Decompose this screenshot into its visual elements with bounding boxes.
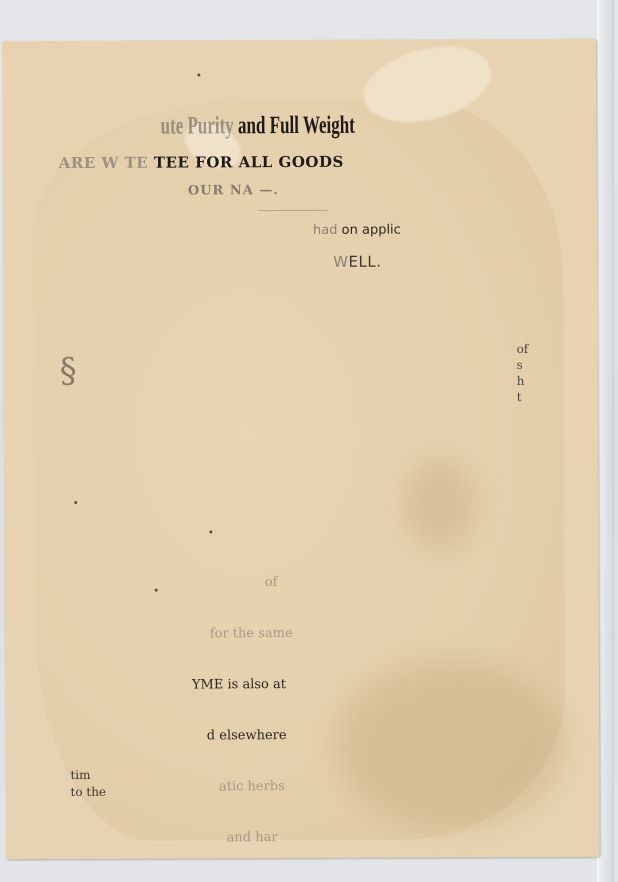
fragment: to the: [70, 784, 106, 801]
application-line: had on applic: [313, 223, 401, 238]
guarantee-faded: ARE W: [59, 154, 119, 172]
middle-line: and har: [211, 829, 294, 846]
headline: ute Purity and Full Weight: [161, 112, 355, 141]
middle-line: of: [210, 574, 293, 591]
bottom-text-fragments: timto the: [70, 767, 106, 801]
middle-line: atic herbs: [210, 778, 293, 795]
water-stain: [335, 659, 566, 830]
water-stain: [404, 459, 474, 549]
application-faded: had: [313, 223, 342, 238]
paper-speck: [197, 73, 200, 76]
middle-text-block: of for the same YME is also at d elsewhe…: [209, 540, 293, 859]
guarantee-faded-mid: TE: [119, 154, 154, 172]
fragment: t: [517, 389, 529, 405]
fragment: h: [517, 373, 529, 389]
guarantee-dark: TEE FOR ALL GOODS: [154, 153, 344, 172]
company-name: WELL.: [333, 253, 381, 271]
headline-faded: ute Purity: [161, 112, 234, 139]
paper-speck: [209, 530, 212, 533]
paper-speck: [155, 589, 158, 592]
headline-dark: and Full Weight: [234, 112, 355, 140]
middle-line: d elsewhere: [200, 727, 293, 744]
ornament-glyph: §: [60, 351, 77, 391]
company-name-dark: ELL.: [348, 253, 381, 271]
name-line-fragment: OUR NA —.: [188, 183, 279, 198]
middle-line: YME is also at: [185, 676, 293, 693]
trade-card: ute Purity and Full Weight ARE W TE TEE …: [2, 39, 600, 860]
paper-speck: [74, 501, 77, 504]
guarantee-line: ARE W TE TEE FOR ALL GOODS: [59, 153, 344, 172]
fragment: tim: [70, 767, 106, 784]
company-name-faded: W: [333, 253, 348, 271]
fragment: s: [517, 357, 529, 373]
middle-line: for the same: [210, 625, 293, 642]
plastic-sleeve-edge: [597, 0, 614, 882]
right-text-fragments: ofsht: [517, 341, 529, 405]
fragment: of: [517, 341, 529, 357]
application-dark: on applic: [342, 223, 401, 238]
